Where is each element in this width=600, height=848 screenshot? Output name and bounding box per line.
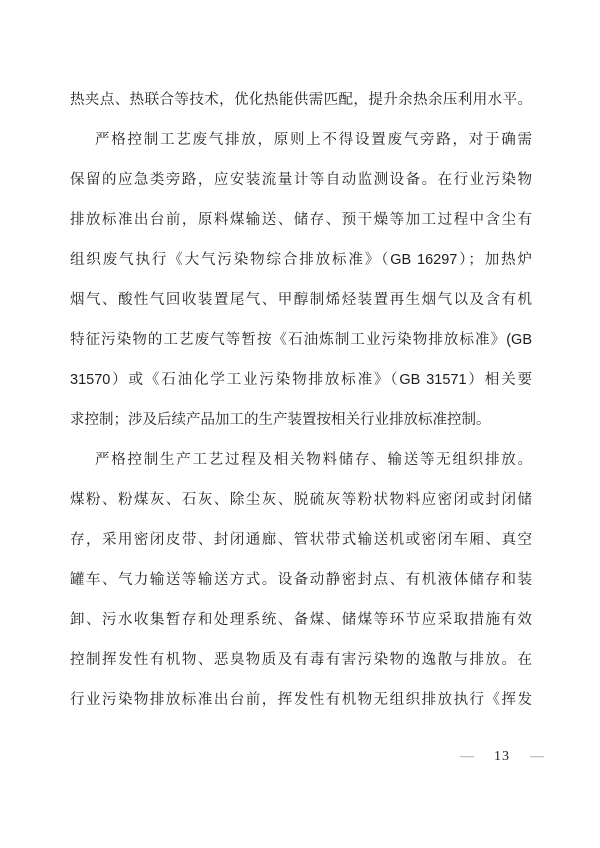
text-line: 行业污染物排放标准出台前，挥发性有机物无组织排放执行《挥发 bbox=[70, 680, 532, 720]
body-text: 热夹点、热联合等技术，优化热能供需匹配，提升余热余压利用水平。 严格控制工艺废气… bbox=[70, 80, 532, 720]
text-line: 煤粉、粉煤灰、石灰、除尘灰、脱硫灰等粉状物料应密闭或封闭储 bbox=[70, 480, 532, 520]
footer-dash-right: — bbox=[530, 748, 544, 766]
text-line: 罐车、气力输送等输送方式。设备动静密封点、有机液体储存和装 bbox=[70, 560, 532, 600]
footer-dash-left: — bbox=[460, 748, 474, 766]
text-line: 严格控制工艺废气排放，原则上不得设置废气旁路，对于确需 bbox=[70, 120, 532, 160]
page-footer: — 13 — bbox=[460, 748, 544, 766]
text-line: 热夹点、热联合等技术，优化热能供需匹配，提升余热余压利用水平。 bbox=[70, 80, 532, 120]
text-line: 求控制；涉及后续产品加工的生产装置按相关行业排放标准控制。 bbox=[70, 400, 532, 440]
text-line: 存，采用密闭皮带、封闭通廊、管状带式输送机或密闭车厢、真空 bbox=[70, 520, 532, 560]
text-line: 31570）或《石油化学工业污染物排放标准》（GB 31571）相关要 bbox=[70, 360, 532, 400]
text-line: 保留的应急类旁路，应安装流量计等自动监测设备。在行业污染物 bbox=[70, 160, 532, 200]
text-line: 卸、污水收集暂存和处理系统、备煤、储煤等环节应采取措施有效 bbox=[70, 600, 532, 640]
text-line: 特征污染物的工艺废气等暂按《石油炼制工业污染物排放标准》(GB bbox=[70, 320, 532, 360]
text-line: 烟气、酸性气回收装置尾气、甲醇制烯烃装置再生烟气以及含有机 bbox=[70, 280, 532, 320]
document-page: 热夹点、热联合等技术，优化热能供需匹配，提升余热余压利用水平。 严格控制工艺废气… bbox=[0, 0, 600, 848]
text-line: 控制挥发性有机物、恶臭物质及有毒有害污染物的逸散与排放。在 bbox=[70, 640, 532, 680]
text-line: 严格控制生产工艺过程及相关物料储存、输送等无组织排放。 bbox=[70, 440, 532, 480]
text-line: 排放标准出台前，原料煤输送、储存、预干燥等加工过程中含尘有 bbox=[70, 200, 532, 240]
text-line: 组织废气执行《大气污染物综合排放标准》（GB 16297）；加热炉 bbox=[70, 240, 532, 280]
page-number: 13 bbox=[494, 748, 510, 766]
